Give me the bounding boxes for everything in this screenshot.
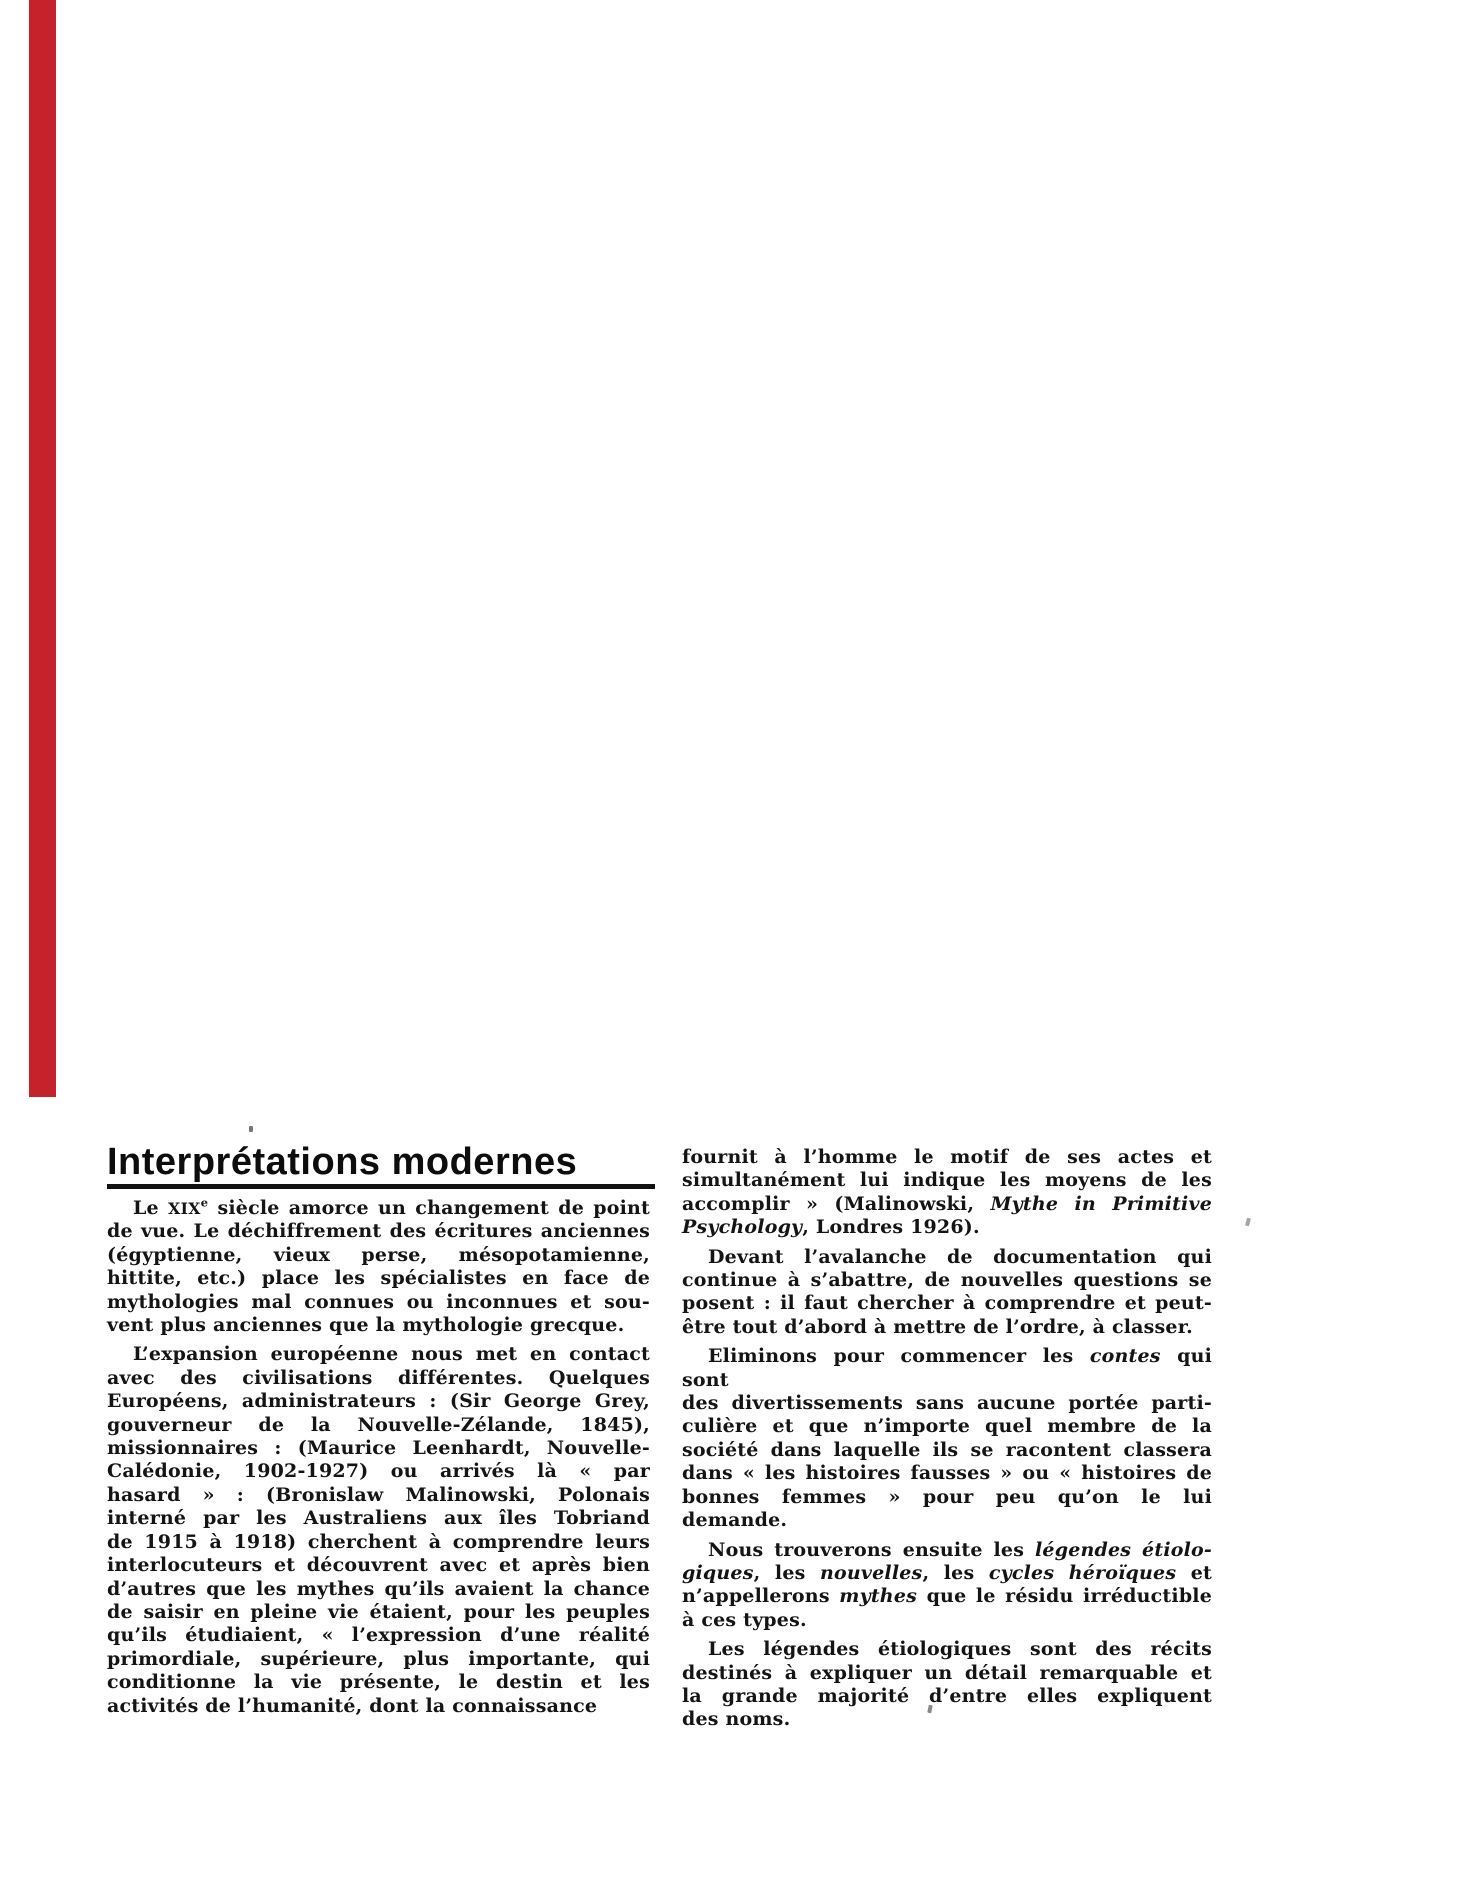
- scan-speck: [249, 1126, 253, 1132]
- text-line: interlocuteurs et découvrent avec et apr…: [107, 1554, 650, 1577]
- text-line: giques, les nouvelles, les cycles héroïq…: [682, 1562, 1212, 1585]
- paragraph: fournit à l’homme le motif de ses actes …: [682, 1146, 1212, 1240]
- text-line: destinés à expliquer un détail remarquab…: [682, 1662, 1212, 1685]
- text-line: (égyptienne, vieux perse, mésopotamienne…: [107, 1244, 650, 1267]
- left-column: Le xixe siècle amorce un changement de p…: [107, 1197, 650, 1718]
- text-line: de saisir en pleine vie étaient, pour le…: [107, 1601, 650, 1624]
- text-line: continue à s’abattre, de nouvelles quest…: [682, 1269, 1212, 1292]
- heading-underline: [107, 1184, 655, 1189]
- text-line: bonnes femmes » pour peu qu’on le lui: [682, 1486, 1212, 1509]
- text-line: à ces types.: [682, 1609, 1212, 1632]
- text-line: mythologies mal connues ou inconnues et …: [107, 1291, 650, 1314]
- text-line: interné par les Australiens aux îles Tob…: [107, 1507, 650, 1530]
- text-line: d’autres que les mythes qu’ils avaient l…: [107, 1578, 650, 1601]
- text-line: primordiale, supérieure, plus importante…: [107, 1648, 650, 1671]
- text-line: hasard » : (Bronislaw Malinowski, Polona…: [107, 1484, 650, 1507]
- text-line: société dans laquelle ils se racontent c…: [682, 1439, 1212, 1462]
- text-line: accomplir » (Malinowski, Mythe in Primit…: [682, 1193, 1212, 1216]
- text-line: L’expansion européenne nous met en conta…: [107, 1343, 650, 1366]
- text-line: de 1915 à 1918) cherchent à comprendre l…: [107, 1531, 650, 1554]
- text-line: conditionne la vie présente, le destin e…: [107, 1671, 650, 1694]
- paragraph: Devant l’avalanche de documentation quic…: [682, 1246, 1212, 1340]
- text-line: de vue. Le déchiffrement des écritures a…: [107, 1220, 650, 1243]
- text-line: vent plus anciennes que la mythologie gr…: [107, 1314, 650, 1337]
- text-line: culière et que n’importe quel membre de …: [682, 1415, 1212, 1438]
- section-heading: Interprétations modernes: [107, 1141, 655, 1183]
- text-line: posent : il faut chercher à comprendre e…: [682, 1292, 1212, 1315]
- paragraph: Nous trouverons ensuite les légendes éti…: [682, 1539, 1212, 1633]
- paragraph: Le xixe siècle amorce un changement de p…: [107, 1197, 650, 1337]
- text-line: avec des civilisations différentes. Quel…: [107, 1367, 650, 1390]
- text-line: simultanément lui indique les moyens de …: [682, 1169, 1212, 1192]
- text-line: Calédonie, 1902-1927) ou arrivés là « pa…: [107, 1460, 650, 1483]
- scan-speck: [1245, 1218, 1251, 1227]
- text-line: gouverneur de la Nouvelle-Zélande, 1845)…: [107, 1414, 650, 1437]
- text-line: Nous trouverons ensuite les légendes éti…: [682, 1539, 1212, 1562]
- text-line: dans « les histoires fausses » ou « hist…: [682, 1462, 1212, 1485]
- text-line: missionnaires : (Maurice Leenhardt, Nouv…: [107, 1437, 650, 1460]
- text-line: des noms.: [682, 1708, 1212, 1731]
- paragraph: Eliminons pour commencer les contes qui …: [682, 1345, 1212, 1532]
- paragraph: L’expansion européenne nous met en conta…: [107, 1343, 650, 1718]
- text-line: la grande majorité d’entre elles expliqu…: [682, 1685, 1212, 1708]
- text-line: Eliminons pour commencer les contes qui …: [682, 1345, 1212, 1392]
- text-line: n’appellerons mythes que le résidu irréd…: [682, 1585, 1212, 1608]
- text-line: Devant l’avalanche de documentation qui: [682, 1246, 1212, 1269]
- text-line: Le xixe siècle amorce un changement de p…: [107, 1197, 650, 1220]
- text-line: des divertissements sans aucune portée p…: [682, 1392, 1212, 1415]
- text-line: Européens, administrateurs : (Sir George…: [107, 1390, 650, 1413]
- document-page: Interprétations modernes Le xixe siècle …: [0, 0, 1458, 1895]
- text-line: Les légendes étiologiques sont des récit…: [682, 1638, 1212, 1661]
- text-line: fournit à l’homme le motif de ses actes …: [682, 1146, 1212, 1169]
- text-line: qu’ils étudiaient, « l’expression d’une …: [107, 1624, 650, 1647]
- red-edge-stripe: [29, 0, 56, 1097]
- text-line: demande.: [682, 1509, 1212, 1532]
- text-line: Psychology, Londres 1926).: [682, 1216, 1212, 1239]
- right-column: fournit à l’homme le motif de ses actes …: [682, 1146, 1212, 1732]
- text-line: hittite, etc.) place les spécialistes en…: [107, 1267, 650, 1290]
- paragraph: Les légendes étiologiques sont des récit…: [682, 1638, 1212, 1732]
- text-line: être tout d’abord à mettre de l’ordre, à…: [682, 1316, 1212, 1339]
- text-line: activités de l’humanité, dont la connais…: [107, 1695, 650, 1718]
